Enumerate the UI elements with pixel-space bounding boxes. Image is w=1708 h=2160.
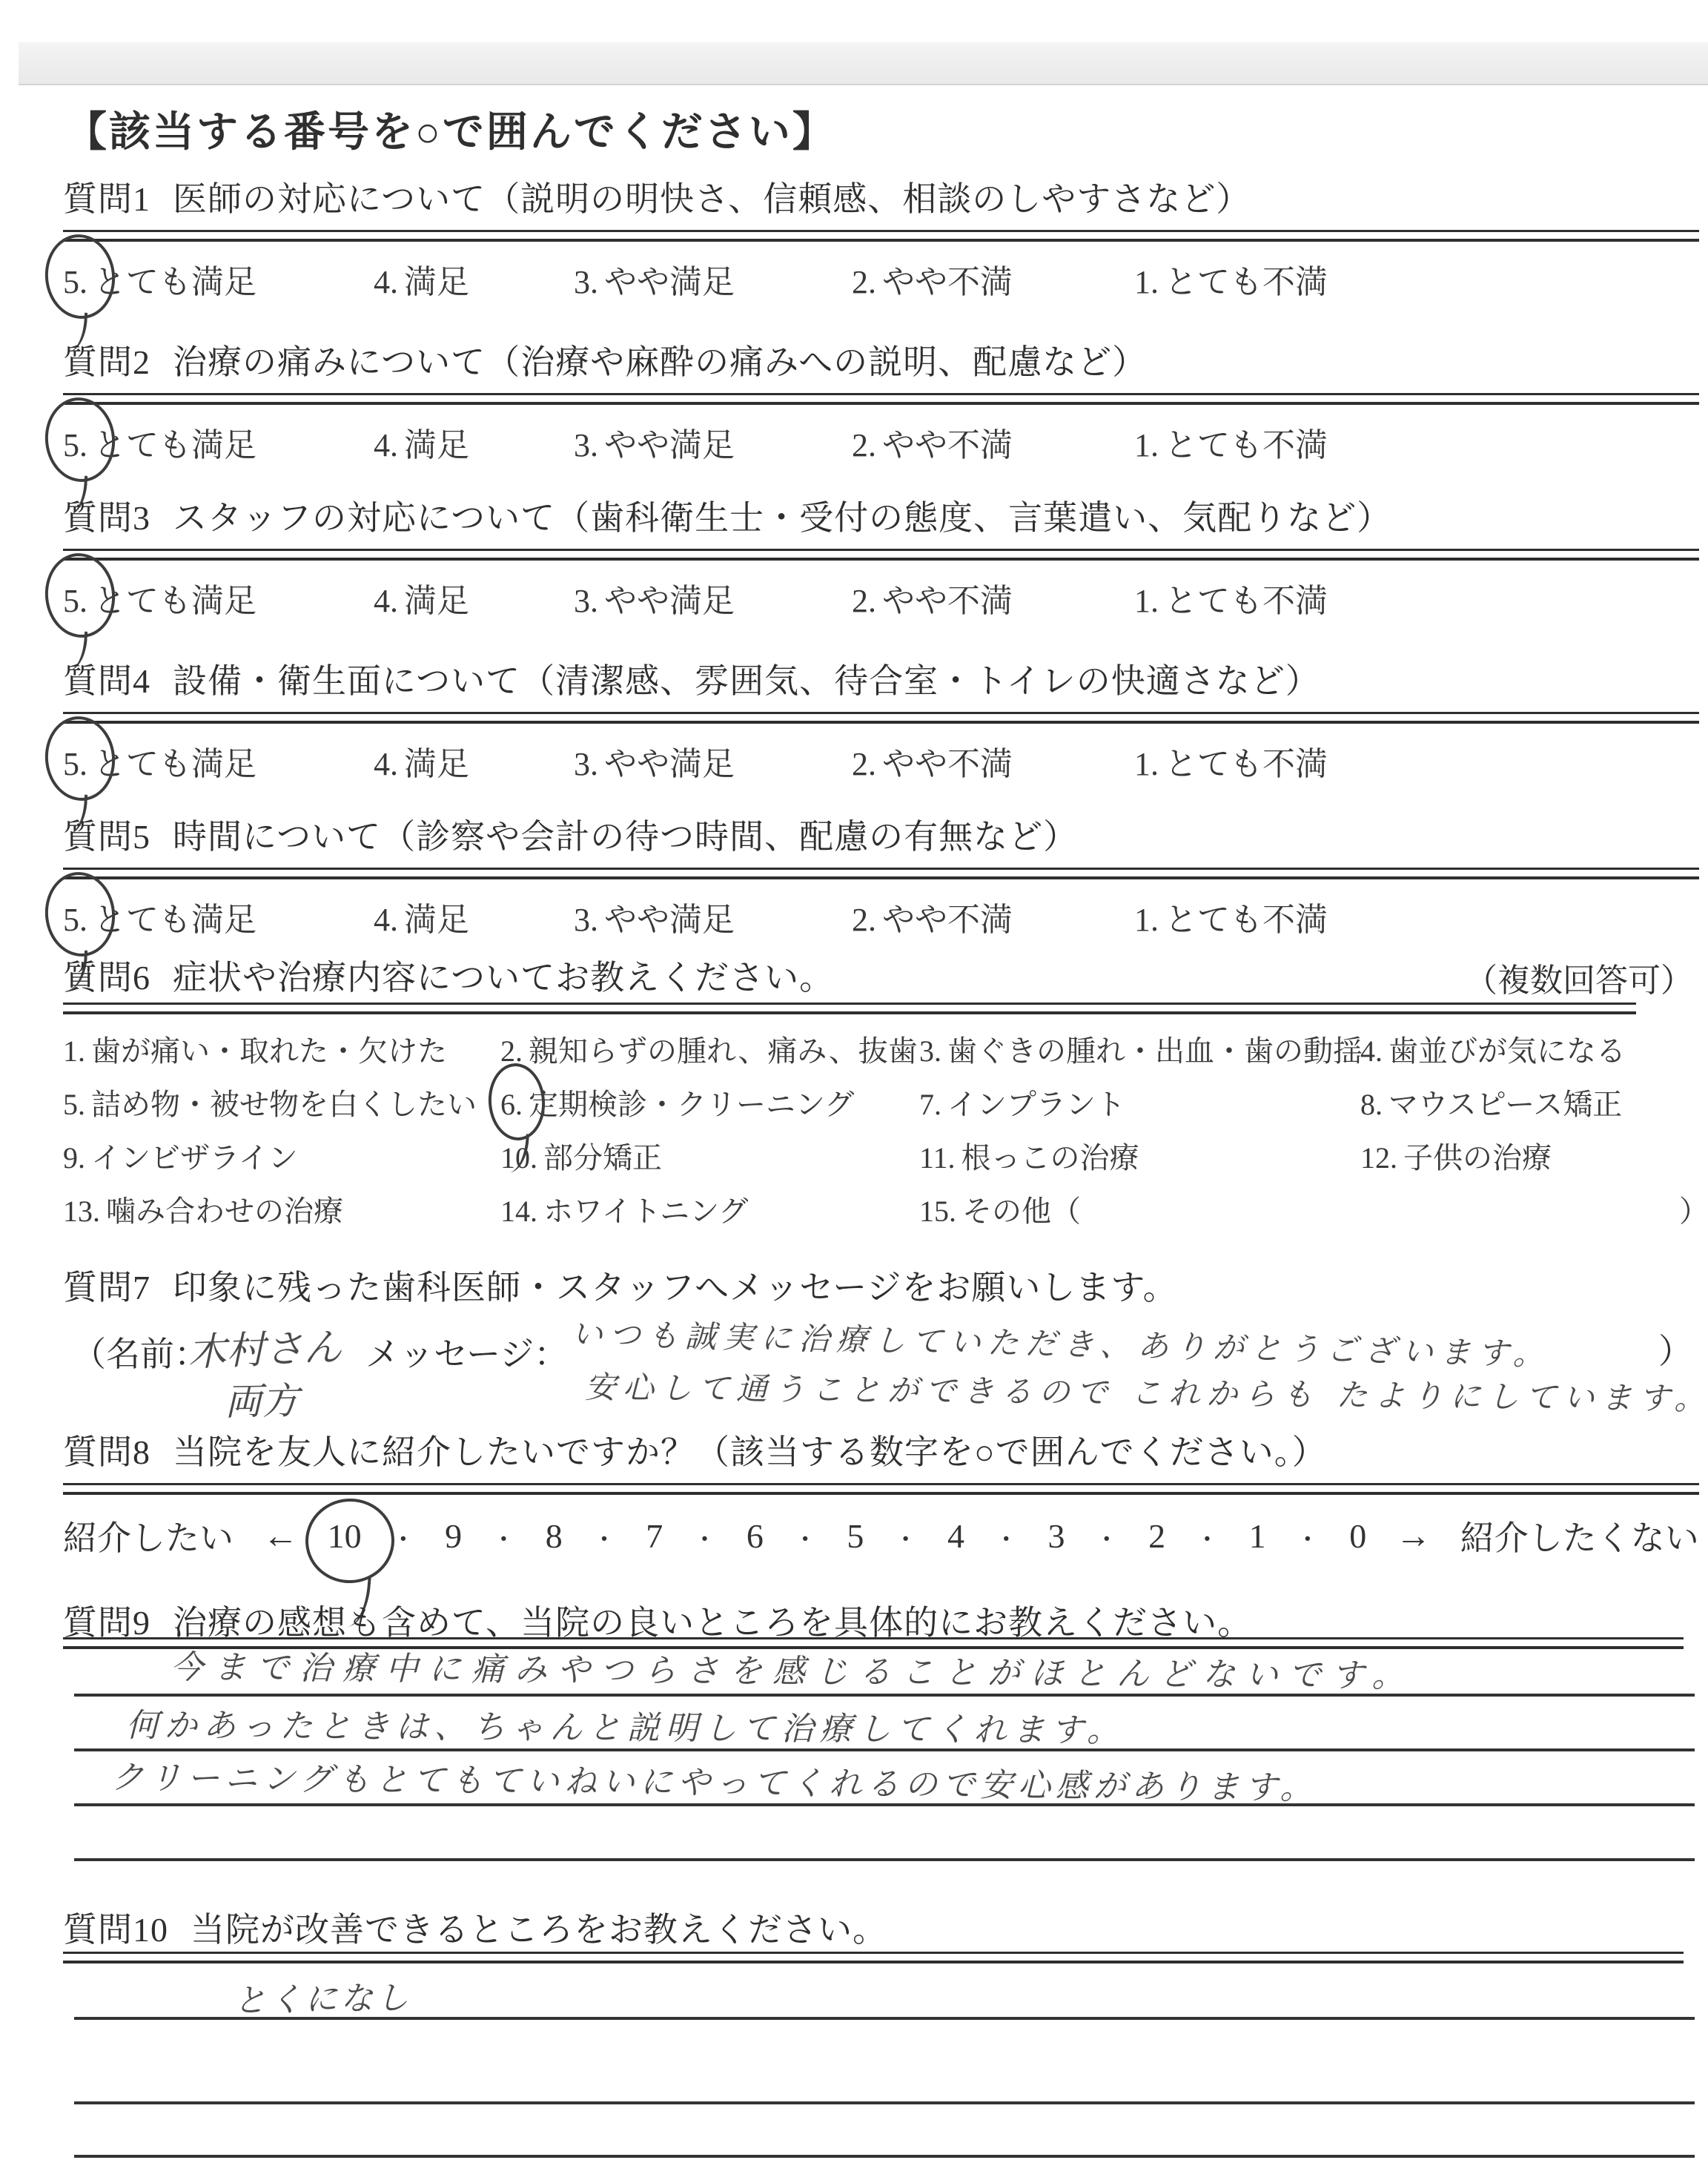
answer-line xyxy=(74,2101,1695,2104)
rating-option-1: 1.とても不満 xyxy=(1134,418,1328,466)
rating-option-number: 3. xyxy=(574,264,598,300)
rating-option-1: 1.とても不満 xyxy=(1134,255,1328,303)
question-title: 印象に残った歯科医師・スタッフへメッセージをお願いします。 xyxy=(173,1269,1178,1307)
other-close-paren: ） xyxy=(1679,1188,1708,1230)
symptom-item-12: 12.子供の治療 xyxy=(1360,1135,1552,1177)
rating-option-label: とても満足 xyxy=(93,264,256,300)
question-title: 治療の感想も含めて、当院の良いところを具体的にお教えください。 xyxy=(173,1604,1252,1642)
multi-answer-note: （複数回答可） xyxy=(1465,954,1693,1001)
rating-option-label: とても満足 xyxy=(93,427,256,463)
question-block-10: 質問10当院が改善できるところをお教えください。 とくになし xyxy=(63,1903,1699,2160)
symptom-item-number: 3. xyxy=(919,1034,941,1068)
header-underline xyxy=(63,868,1699,879)
nps-number-6: 6 xyxy=(747,1516,764,1556)
nps-number-9: 9 xyxy=(445,1516,462,1556)
rating-option-5: 5.とても満足 xyxy=(63,893,256,940)
rating-options-row: 5.とても満足 4.満足 3.やや満足 2.やや不満 1.とても不満 xyxy=(63,574,1699,618)
question-block-2: 質問2治療の痛みについて（治療や麻酔の痛みへの説明、配慮など） 5.とても満足 … xyxy=(63,335,1699,463)
rating-option-number: 1. xyxy=(1134,902,1159,938)
rating-option-number: 4. xyxy=(374,746,398,782)
rating-options-row: 5.とても満足 4.満足 3.やや満足 2.やや不満 1.とても不満 xyxy=(63,255,1699,300)
rating-option-3: 3.やや満足 xyxy=(574,418,735,466)
rating-option-number: 2. xyxy=(852,746,876,782)
symptom-item-3: 3.歯ぐきの腫れ・出血・歯の動揺 xyxy=(919,1028,1363,1070)
symptom-item-label: 噛み合わせの治療 xyxy=(106,1195,343,1228)
rating-option-3: 3.やや満足 xyxy=(574,255,735,303)
rating-option-label: やや満足 xyxy=(604,264,735,300)
header-underline xyxy=(63,393,1699,405)
rating-option-number: 4. xyxy=(374,583,398,619)
handwritten-q10-answer: とくになし xyxy=(233,1971,411,2021)
nps-number-4: 4 xyxy=(947,1516,964,1556)
symptom-item-number: 9. xyxy=(63,1141,85,1175)
question-1-header: 質問1医師の対応について（説明の明快さ、信頼感、相談のしやすさなど） xyxy=(63,172,1699,221)
answer-line xyxy=(74,1748,1695,1751)
rating-option-1: 1.とても不満 xyxy=(1134,737,1328,785)
question-number: 質問8 xyxy=(63,1433,150,1471)
question-block-6: 質問6症状や治療内容についてお教えください。 （複数回答可） 1.歯が痛い・取れ… xyxy=(63,951,1699,1247)
symptom-item-label: 歯が痛い・取れた・欠けた xyxy=(91,1034,447,1068)
rating-option-label: とても不満 xyxy=(1165,746,1328,782)
rating-option-label: やや満足 xyxy=(604,746,735,782)
rating-option-label: とても不満 xyxy=(1165,902,1328,938)
nps-separator: ・ xyxy=(1094,1519,1119,1556)
rating-option-2: 2.やや不満 xyxy=(852,255,1013,303)
nps-left-arrow: ← xyxy=(262,1516,298,1556)
rating-option-label: やや不満 xyxy=(882,427,1013,463)
rating-option-4: 4.満足 xyxy=(374,255,469,303)
rating-option-number: 4. xyxy=(374,427,398,463)
question-title: スタッフの対応について（歯科衛生士・受付の態度、言葉遣い、気配りなど） xyxy=(173,499,1391,537)
question-block-9: 質問9治療の感想も含めて、当院の良いところを具体的にお教えください。 今まで治療… xyxy=(63,1596,1699,1870)
answer-line xyxy=(74,1803,1695,1806)
answer-line xyxy=(63,1952,1684,1964)
rating-option-4: 4.満足 xyxy=(374,574,469,621)
question-2-header: 質問2治療の痛みについて（治療や麻酔の痛みへの説明、配慮など） xyxy=(63,335,1699,384)
rating-option-number: 5. xyxy=(63,583,87,619)
symptom-item-label: マウスピース矯正 xyxy=(1388,1088,1622,1121)
nps-separator: ・ xyxy=(391,1519,416,1556)
rating-option-number: 1. xyxy=(1134,264,1159,300)
symptom-item-15: 15.その他（ xyxy=(919,1188,1081,1230)
nps-left-label: 紹介したい xyxy=(63,1511,234,1560)
symptom-item-number: 5. xyxy=(63,1088,85,1121)
nps-number-10: 10 xyxy=(328,1516,362,1556)
message-field-label: メッセージ： xyxy=(365,1327,568,1376)
rating-option-number: 5. xyxy=(63,902,87,938)
nps-number-3: 3 xyxy=(1048,1516,1065,1556)
rating-option-label: やや満足 xyxy=(604,902,735,938)
answer-line xyxy=(74,1694,1695,1697)
nps-separator: ・ xyxy=(1295,1519,1320,1556)
rating-option-3: 3.やや満足 xyxy=(574,737,735,785)
rating-option-3: 3.やや満足 xyxy=(574,893,735,940)
nps-number-2: 2 xyxy=(1148,1516,1165,1556)
question-7-header: 質問7印象に残った歯科医師・スタッフへメッセージをお願いします。 xyxy=(63,1261,1699,1309)
symptom-item-label: 親知らずの腫れ、痛み、抜歯 xyxy=(529,1034,918,1068)
nps-number-5: 5 xyxy=(847,1516,864,1556)
rating-option-4: 4.満足 xyxy=(374,737,469,785)
symptom-item-number: 1. xyxy=(63,1034,85,1068)
header-underline xyxy=(63,549,1699,561)
symptom-item-number: 15. xyxy=(919,1195,956,1228)
header-underline xyxy=(63,1003,1636,1014)
nps-separator: ・ xyxy=(592,1519,617,1556)
rating-option-label: やや満足 xyxy=(604,583,735,619)
symptom-item-label: その他（ xyxy=(962,1195,1081,1228)
symptom-item-number: 2. xyxy=(500,1034,523,1068)
symptom-item-4: 4.歯並びが気になる xyxy=(1360,1028,1626,1070)
nps-number-7: 7 xyxy=(646,1516,663,1556)
question-title: 当院が改善できるところをお教えください。 xyxy=(191,1911,887,1949)
question-number: 質問9 xyxy=(63,1604,150,1642)
question-number: 質問2 xyxy=(63,343,150,381)
rating-option-2: 2.やや不満 xyxy=(852,737,1013,785)
symptom-item-label: 根っこの治療 xyxy=(961,1141,1139,1175)
symptom-item-number: 8. xyxy=(1360,1088,1383,1121)
answer-line xyxy=(74,2155,1695,2158)
symptom-item-label: ホワイトニング xyxy=(543,1195,748,1228)
scanned-survey-page: 【該当する番号を○で囲んでください】 質問1医師の対応について（説明の明快さ、信… xyxy=(0,0,1708,2160)
rating-option-5: 5.とても満足 xyxy=(63,737,256,785)
header-underline xyxy=(63,712,1699,724)
rating-option-2: 2.やや不満 xyxy=(852,418,1013,466)
handwritten-answer-line-3: クリーニングもとてもていねいにやってくれるので安心感があります。 xyxy=(111,1751,1318,1809)
nps-scale-row: 紹介したい ← 10 ・ 9 ・ 8 ・ 7 ・ 6 ・ 5 ・ 4 ・ 3 ・… xyxy=(63,1511,1699,1560)
rating-option-number: 2. xyxy=(852,902,876,938)
question-number: 質問4 xyxy=(63,662,150,700)
rating-option-label: とても満足 xyxy=(93,583,256,619)
rating-option-number: 2. xyxy=(852,583,876,619)
header-underline xyxy=(63,1483,1699,1495)
rating-option-number: 1. xyxy=(1134,583,1159,619)
rating-option-1: 1.とても不満 xyxy=(1134,893,1328,940)
rating-option-2: 2.やや不満 xyxy=(852,574,1013,621)
rating-option-label: とても不満 xyxy=(1165,427,1328,463)
rating-option-number: 4. xyxy=(374,264,398,300)
rating-option-label: やや不満 xyxy=(882,583,1013,619)
rating-options-row: 5.とても満足 4.満足 3.やや満足 2.やや不満 1.とても不満 xyxy=(63,737,1699,782)
nps-number-8: 8 xyxy=(546,1516,563,1556)
rating-option-number: 4. xyxy=(374,902,398,938)
rating-option-number: 1. xyxy=(1134,427,1159,463)
question-block-4: 質問4設備・衛生面について（清潔感、雰囲気、待合室・トイレの快適さなど） 5.と… xyxy=(63,654,1699,782)
symptom-item-label: 子供の治療 xyxy=(1403,1141,1552,1175)
nps-right-label: 紹介したくない xyxy=(1460,1511,1699,1560)
nps-number-1: 1 xyxy=(1249,1516,1266,1556)
symptom-item-10: 10.部分矯正 xyxy=(500,1135,662,1177)
nps-separator: ・ xyxy=(1194,1519,1219,1556)
symptom-item-9: 9.インビザライン xyxy=(63,1135,298,1177)
rating-option-number: 3. xyxy=(574,902,598,938)
symptom-item-11: 11.根っこの治療 xyxy=(919,1135,1139,1177)
symptom-item-label: 詰め物・被せ物を白くしたい xyxy=(91,1088,477,1121)
question-title: 設備・衛生面について（清潔感、雰囲気、待合室・トイレの快適さなど） xyxy=(173,662,1320,700)
question-title: 時間について（診察や会計の待つ時間、配慮の有無など） xyxy=(173,818,1078,856)
symptom-item-label: インビザライン xyxy=(91,1141,298,1175)
field-close-paren: ） xyxy=(1658,1324,1692,1373)
rating-option-label: 満足 xyxy=(404,427,469,463)
rating-option-number: 3. xyxy=(574,427,598,463)
rating-option-label: やや不満 xyxy=(882,902,1013,938)
rating-option-label: やや不満 xyxy=(882,746,1013,782)
scan-artifact-band xyxy=(19,42,1708,85)
symptom-item-2: 2.親知らずの腫れ、痛み、抜歯 xyxy=(500,1028,918,1070)
symptom-item-label: 部分矯正 xyxy=(543,1141,662,1175)
rating-option-1: 1.とても不満 xyxy=(1134,574,1328,621)
question-number: 質問6 xyxy=(63,959,150,997)
symptom-item-number: 4. xyxy=(1360,1034,1383,1068)
symptom-item-6: 6.定期検診・クリーニング xyxy=(500,1081,854,1123)
rating-option-4: 4.満足 xyxy=(374,418,469,466)
question-3-header: 質問3スタッフの対応について（歯科衛生士・受付の態度、言葉遣い、気配りなど） xyxy=(63,491,1699,540)
handwritten-answer-line-2: 何かあったときは、ちゃんと説明して治療してくれます。 xyxy=(126,1698,1125,1751)
nps-separator: ・ xyxy=(893,1519,918,1556)
symptom-item-number: 6. xyxy=(500,1088,523,1121)
rating-option-number: 2. xyxy=(852,264,876,300)
question-block-3: 質問3スタッフの対応について（歯科衛生士・受付の態度、言葉遣い、気配りなど） 5… xyxy=(63,491,1699,618)
rating-option-label: やや満足 xyxy=(604,427,735,463)
question-number: 質問5 xyxy=(63,818,150,856)
question-6-header: 質問6症状や治療内容についてお教えください。 xyxy=(63,951,1699,1000)
symptom-item-number: 12. xyxy=(1360,1141,1397,1175)
symptom-item-label: インプラント xyxy=(947,1088,1125,1121)
question-number: 質問7 xyxy=(63,1269,150,1307)
symptom-item-7: 7.インプラント xyxy=(919,1081,1125,1123)
nps-separator: ・ xyxy=(491,1519,516,1556)
rating-option-4: 4.満足 xyxy=(374,893,469,940)
question-title: 治療の痛みについて（治療や麻酔の痛みへの説明、配慮など） xyxy=(173,343,1147,381)
question-number: 質問10 xyxy=(63,1911,168,1949)
question-title: 医師の対応について（説明の明快さ、信頼感、相談のしやすさなど） xyxy=(173,180,1251,218)
rating-option-5: 5.とても満足 xyxy=(63,255,256,303)
nps-separator: ・ xyxy=(692,1519,718,1556)
symptom-item-5: 5.詰め物・被せ物を白くしたい xyxy=(63,1081,477,1123)
rating-option-label: とても満足 xyxy=(93,902,256,938)
rating-option-label: とても不満 xyxy=(1165,264,1328,300)
symptom-item-number: 7. xyxy=(919,1088,941,1121)
rating-options-row: 5.とても満足 4.満足 3.やや満足 2.やや不満 1.とても不満 xyxy=(63,418,1699,463)
handwritten-answer-line-1: 今まで治療中に痛みやつらさを感じることがほとんどないです。 xyxy=(171,1640,1415,1697)
symptom-item-label: 定期検診・クリーニング xyxy=(529,1088,854,1121)
nps-separator: ・ xyxy=(993,1519,1019,1556)
question-block-8: 質問8当院を友人に紹介したいですか？（該当する数字を○で囲んでください。） 紹介… xyxy=(63,1425,1699,1596)
symptom-item-number: 11. xyxy=(919,1141,956,1175)
rating-option-number: 5. xyxy=(63,427,87,463)
rating-option-2: 2.やや不満 xyxy=(852,893,1013,940)
symptom-item-number: 13. xyxy=(63,1195,100,1228)
rating-option-number: 5. xyxy=(63,746,87,782)
handwritten-name-sub: 両方 xyxy=(224,1371,299,1426)
rating-options-row: 5.とても満足 4.満足 3.やや満足 2.やや不満 1.とても不満 xyxy=(63,893,1699,937)
question-8-header: 質問8当院を友人に紹介したいですか？（該当する数字を○で囲んでください。） xyxy=(63,1425,1699,1474)
question-number: 質問3 xyxy=(63,499,150,537)
question-10-header: 質問10当院が改善できるところをお教えください。 xyxy=(63,1903,1699,1952)
rating-option-label: 満足 xyxy=(404,902,469,938)
rating-option-label: 満足 xyxy=(404,264,469,300)
rating-option-label: やや不満 xyxy=(882,264,1013,300)
symptom-item-label: 歯並びが気になる xyxy=(1388,1034,1626,1068)
form-title: 【該当する番号を○で囲んでください】 xyxy=(65,99,836,159)
rating-option-label: 満足 xyxy=(404,583,469,619)
question-block-5: 質問5時間について（診察や会計の待つ時間、配慮の有無など） 5.とても満足 4.… xyxy=(63,810,1699,937)
nps-number-0: 0 xyxy=(1349,1516,1366,1556)
rating-option-5: 5.とても満足 xyxy=(63,418,256,466)
rating-option-number: 3. xyxy=(574,746,598,782)
rating-option-5: 5.とても満足 xyxy=(63,574,256,621)
symptom-item-label: 歯ぐきの腫れ・出血・歯の動揺 xyxy=(947,1034,1363,1068)
rating-option-label: 満足 xyxy=(404,746,469,782)
question-block-1: 質問1医師の対応について（説明の明快さ、信頼感、相談のしやすさなど） 5.とても… xyxy=(63,172,1699,300)
rating-option-label: とても満足 xyxy=(93,746,256,782)
rating-option-number: 1. xyxy=(1134,746,1159,782)
rating-option-3: 3.やや満足 xyxy=(574,574,735,621)
question-5-header: 質問5時間について（診察や会計の待つ時間、配慮の有無など） xyxy=(63,810,1699,859)
handwritten-name: 木村さん xyxy=(187,1315,343,1376)
symptom-item-number: 14. xyxy=(500,1195,537,1228)
symptom-item-8: 8.マウスピース矯正 xyxy=(1360,1081,1622,1123)
question-title: 症状や治療内容についてお教えください。 xyxy=(173,959,834,997)
rating-option-number: 5. xyxy=(63,264,87,300)
rating-option-number: 2. xyxy=(852,427,876,463)
question-block-7: 質問7印象に残った歯科医師・スタッフへメッセージをお願いします。 （名前： 木村… xyxy=(63,1261,1699,1424)
header-underline xyxy=(63,230,1699,242)
nps-separator: ・ xyxy=(792,1519,818,1556)
answer-line xyxy=(74,1858,1695,1861)
nps-right-arrow: → xyxy=(1395,1516,1431,1556)
symptom-item-14: 14.ホワイトニング xyxy=(500,1188,748,1230)
question-number: 質問1 xyxy=(63,180,150,218)
symptom-item-1: 1.歯が痛い・取れた・欠けた xyxy=(63,1028,447,1070)
rating-option-number: 3. xyxy=(574,583,598,619)
question-4-header: 質問4設備・衛生面について（清潔感、雰囲気、待合室・トイレの快適さなど） xyxy=(63,654,1699,703)
question-title: 当院を友人に紹介したいですか？（該当する数字を○で囲んでください。） xyxy=(173,1433,1327,1471)
symptom-item-number: 10. xyxy=(500,1141,537,1175)
rating-option-label: とても不満 xyxy=(1165,583,1328,619)
symptom-item-13: 13.噛み合わせの治療 xyxy=(63,1188,343,1230)
answer-line xyxy=(74,2017,1695,2020)
